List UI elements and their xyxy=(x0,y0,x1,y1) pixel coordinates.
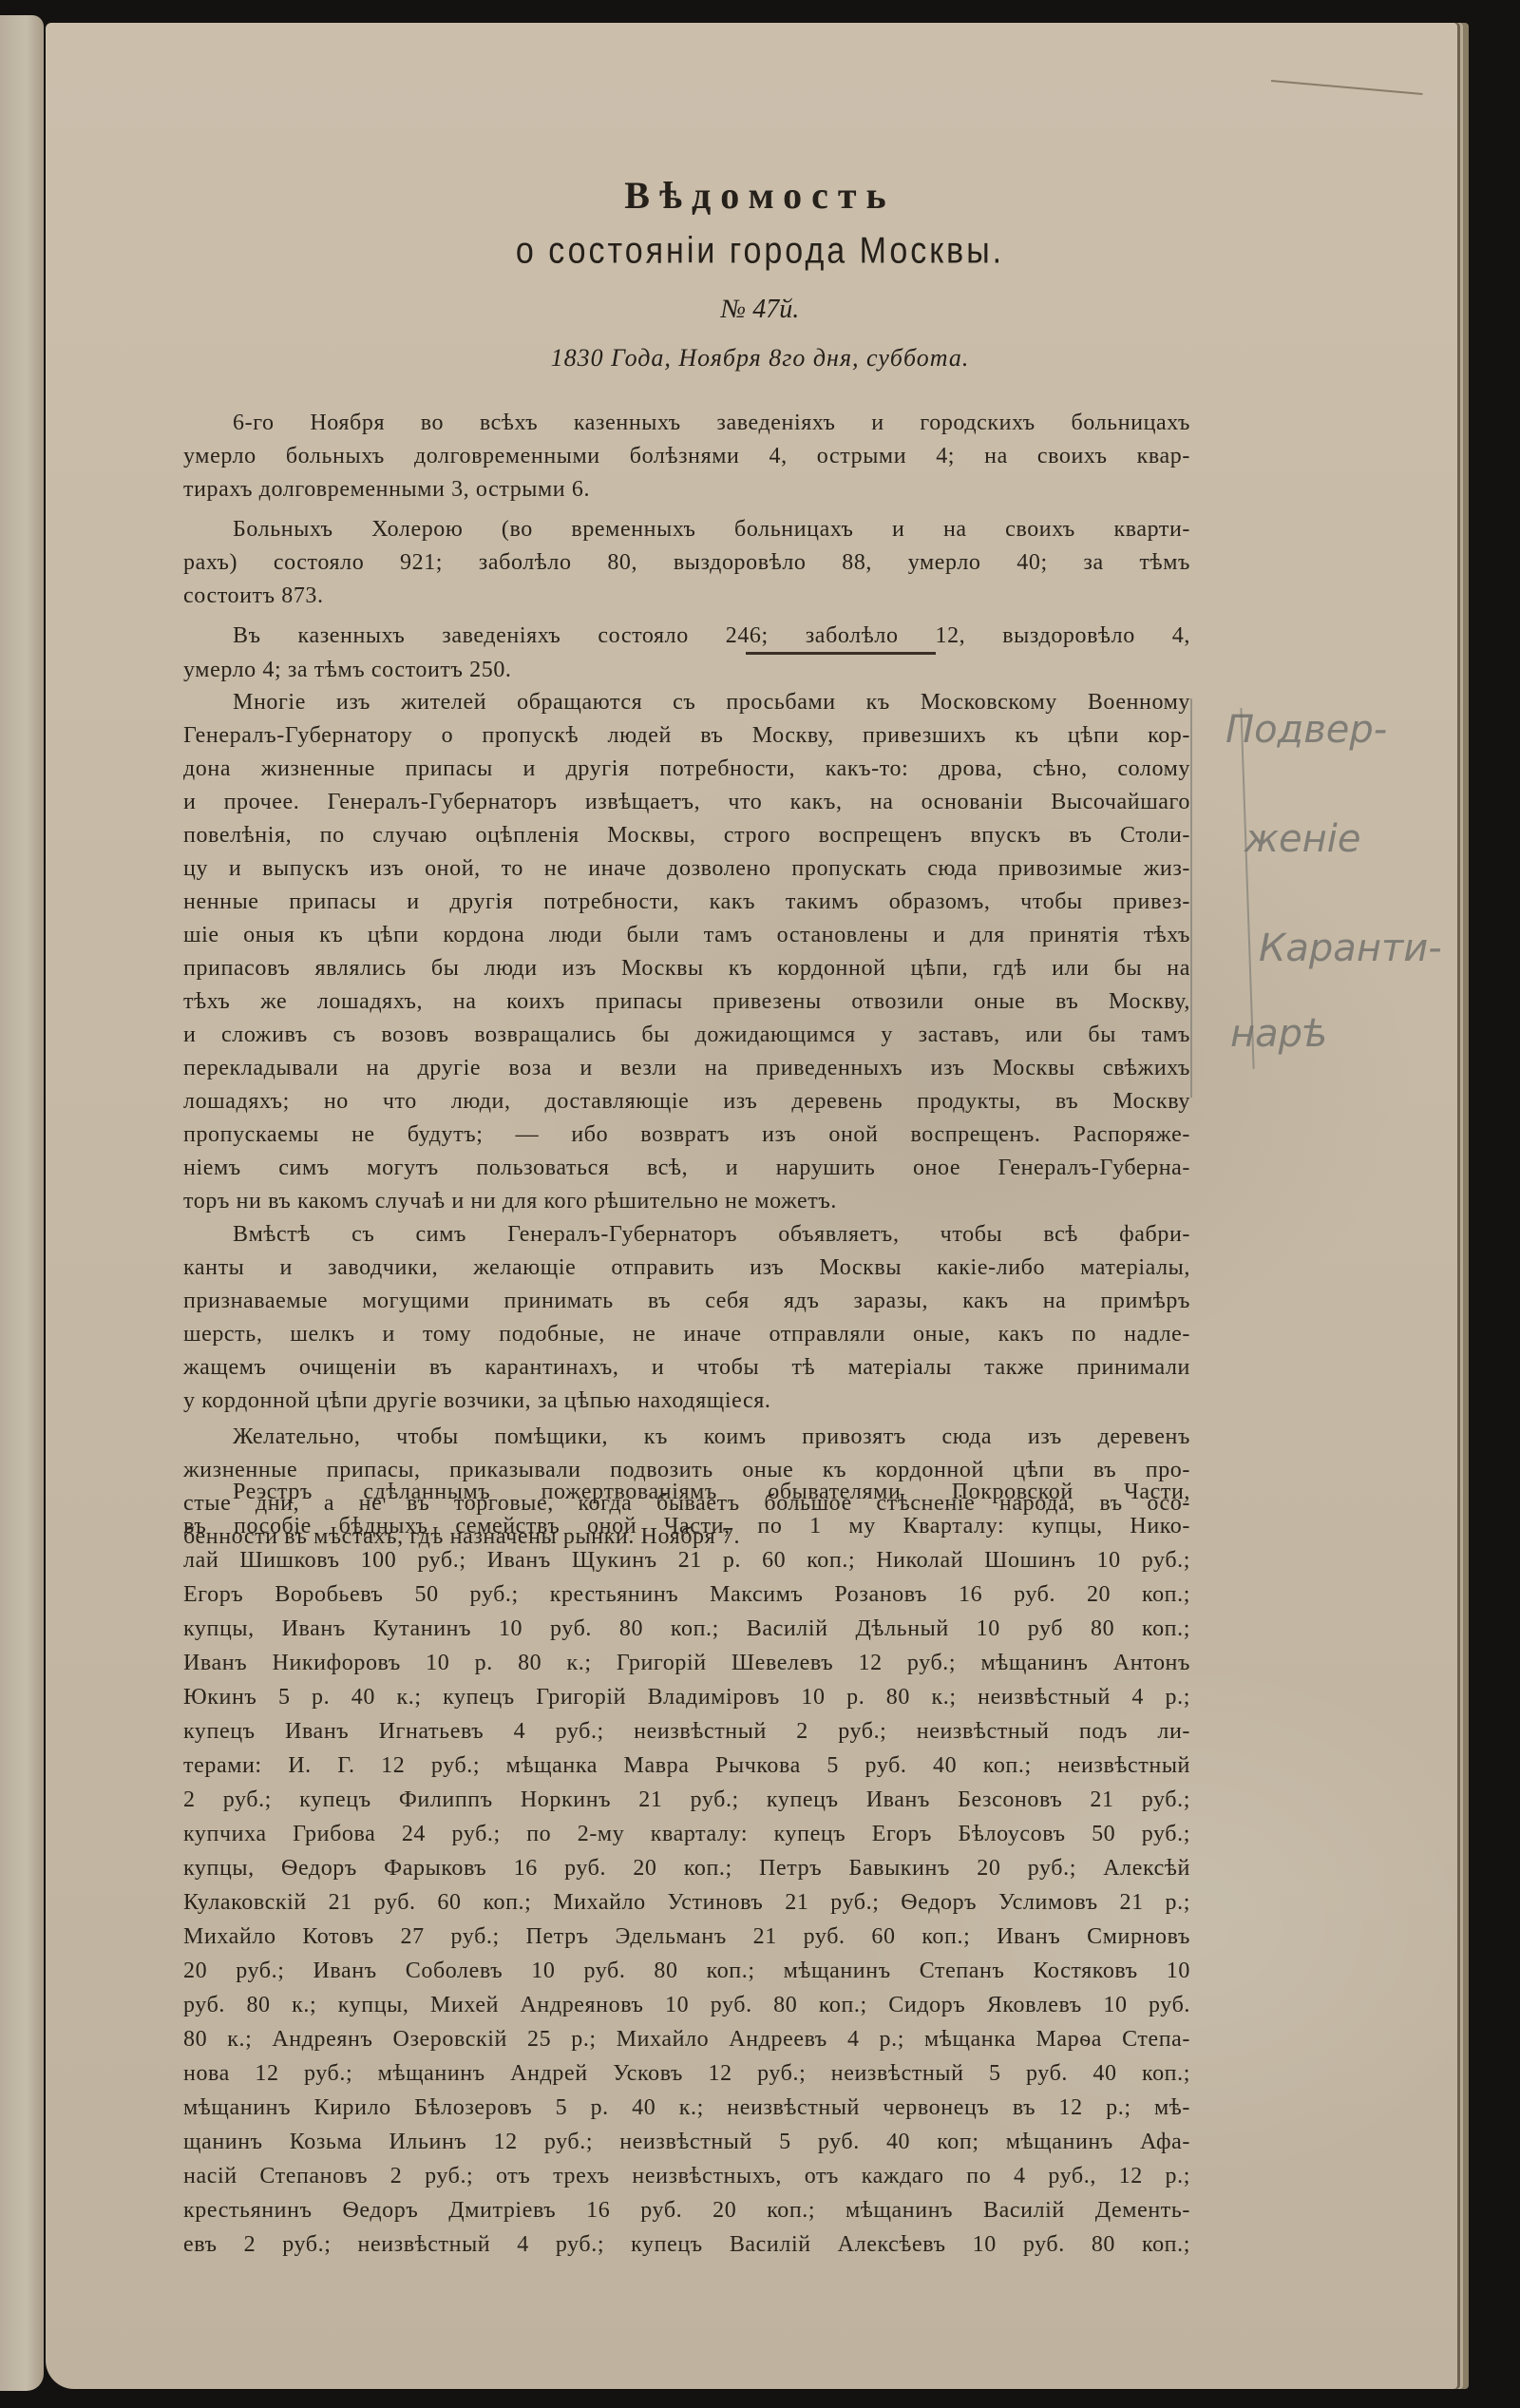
text-line: умерло 4; за тѣмъ состоитъ 250. xyxy=(183,654,1190,686)
text-line: купцы, Иванъ Кутанинъ 10 руб. 80 коп.; В… xyxy=(183,1613,1190,1645)
text-line: признаваемые могущими принимать въ себя … xyxy=(183,1285,1190,1317)
text-line: торъ ни въ какомъ случаѣ и ни для кого р… xyxy=(183,1185,1190,1217)
text-line: 2 руб.; купецъ Филиппъ Норкинъ 21 руб.; … xyxy=(183,1784,1190,1816)
text-line: Юкинъ 5 р. 40 к.; купецъ Григорiй Владим… xyxy=(183,1681,1190,1713)
text-line: у кордонной цѣпи другiе возчики, за цѣпь… xyxy=(183,1385,1190,1417)
text-line: мѣщанинъ Кирило Бѣлозеровъ 5 р. 40 к.; н… xyxy=(183,2092,1190,2124)
text-line: перекладывали на другiе воза и везли на … xyxy=(183,1052,1190,1084)
text-line: щанинъ Козьма Ильинъ 12 руб.; неизвѣстны… xyxy=(183,2126,1190,2158)
text-line: Егоръ Воробьевъ 50 руб.; крестьянинъ Мак… xyxy=(183,1578,1190,1611)
text-line: жащемъ очищенiи въ карантинахъ, и чтобы … xyxy=(183,1351,1190,1384)
section-divider xyxy=(746,652,936,655)
text-line: евъ 2 руб.; неизвѣстный 4 руб.; купецъ В… xyxy=(183,2228,1190,2261)
issue-date: 1830 Года, Ноября 8го дня, суббота. xyxy=(0,344,1520,373)
text-line: пропускаемы не будутъ; — ибо возвратъ из… xyxy=(183,1118,1190,1151)
text-line: купецъ Иванъ Игнатьевъ 4 руб.; неизвѣстн… xyxy=(183,1715,1190,1748)
text-line: 80 к.; Андреянъ Озеровскiй 25 р.; Михайл… xyxy=(183,2023,1190,2055)
text-line: канты и заводчики, желающiе отправить из… xyxy=(183,1252,1190,1284)
text-line: 6-го Ноября во всѣхъ казенныхъ заведенiя… xyxy=(233,407,1190,439)
text-line: крестьянинъ Ѳедоръ Дмитрiевъ 16 руб. 20 … xyxy=(183,2194,1190,2226)
text-line: нова 12 руб.; мѣщанинъ Андрей Усковъ 12 … xyxy=(183,2057,1190,2090)
text-line: Желательно, чтобы помѣщики, къ коимъ при… xyxy=(233,1421,1190,1453)
text-line: и сложивъ съ возовъ возвращались бы дожи… xyxy=(183,1019,1190,1051)
text-line: Многiе изъ жителей обращаются съ просьба… xyxy=(233,686,1190,718)
text-line: тирахъ долговременными 3, острыми 6. xyxy=(183,473,1190,506)
text-line: Иванъ Никифоровъ 10 р. 80 к.; Григорiй Ш… xyxy=(183,1647,1190,1679)
handwritten-note: нарѣ xyxy=(1230,1012,1328,1056)
text-line: шерсть, шелкъ и тому подобные, не иначе … xyxy=(183,1318,1190,1350)
text-line: Реэстръ сдѣланнымъ пожертвованiямъ обыва… xyxy=(233,1476,1190,1508)
handwritten-note: женiе xyxy=(1244,817,1361,861)
issue-number: № 47й. xyxy=(0,295,1520,325)
text-line: и прочее. Генералъ-Губернаторъ извѣщаетъ… xyxy=(183,786,1190,818)
text-line: Кулаковскiй 21 руб. 60 коп.; Михайло Уст… xyxy=(183,1886,1190,1919)
handwritten-note: Подвер- xyxy=(1225,708,1387,752)
text-line: руб. 80 к.; купцы, Михей Андреяновъ 10 р… xyxy=(183,1989,1190,2021)
text-line: терами: И. Г. 12 руб.; мѣщанка Мавра Рыч… xyxy=(183,1749,1190,1782)
text-line: купчиха Грибова 24 руб.; по 2-му квартал… xyxy=(183,1818,1190,1850)
text-line: лай Шишковъ 100 руб.; Иванъ Щукинъ 21 р.… xyxy=(183,1544,1190,1577)
text-line: припасовъ являлись бы люди изъ Москвы къ… xyxy=(183,952,1190,984)
text-line: повелѣнiя, по случаю оцѣпленiя Москвы, с… xyxy=(183,819,1190,851)
text-line: ненные припасы и другiя потребности, как… xyxy=(183,886,1190,918)
text-line: нiемъ симъ могутъ пользоваться всѣ, и на… xyxy=(183,1152,1190,1184)
handwritten-note: Каранти- xyxy=(1259,927,1442,970)
text-line: Въ казенныхъ заведенiяхъ состояло 246; з… xyxy=(233,620,1190,652)
text-line: цу и выпускъ изъ оной, то не иначе дозво… xyxy=(183,852,1190,885)
pencil-margin-line xyxy=(1190,698,1192,1098)
text-line: купцы, Ѳедоръ Фарыковъ 16 руб. 20 коп.; … xyxy=(183,1852,1190,1884)
page-fold xyxy=(1271,80,1423,95)
text-line: состоитъ 873. xyxy=(183,580,1190,612)
text-line: шiе оныя къ цѣпи кордона люди были тамъ … xyxy=(183,919,1190,951)
text-line: лошадяхъ; но что люди, доставляющiе изъ … xyxy=(183,1085,1190,1118)
text-line: тѣхъ же лошадяхъ, на коихъ припасы приве… xyxy=(183,985,1190,1018)
text-line: Генералъ-Губернатору о пропускѣ людей въ… xyxy=(183,719,1190,752)
text-line: насiй Степановъ 2 руб.; отъ трехъ неизвѣ… xyxy=(183,2160,1190,2192)
document-title: Вѣдомость xyxy=(0,173,1520,218)
text-line: Михайло Котовъ 27 руб.; Петръ Эдельманъ … xyxy=(183,1921,1190,1953)
text-line: дона жизненные припасы и другiя потребно… xyxy=(183,753,1190,785)
text-line: умерло больныхъ долговременными болѣзням… xyxy=(183,440,1190,472)
text-line: въ пособiе бѣдныхъ семействъ оной Части,… xyxy=(183,1510,1190,1542)
text-line: рахъ) состояло 921; заболѣло 80, выздоро… xyxy=(183,546,1190,579)
text-line: 20 руб.; Иванъ Соболевъ 10 руб. 80 коп.;… xyxy=(183,1955,1190,1987)
text-line: Больныхъ Холерою (во временныхъ больница… xyxy=(233,513,1190,545)
text-line: Вмѣстѣ съ симъ Генералъ-Губернаторъ объя… xyxy=(233,1218,1190,1251)
document-subtitle: о состоянiи города Москвы. xyxy=(0,230,1520,273)
